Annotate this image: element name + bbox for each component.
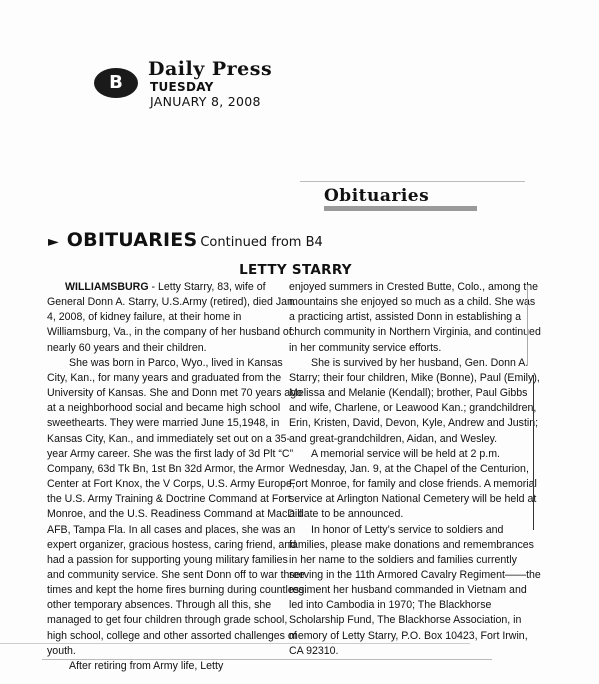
divider <box>42 659 492 660</box>
section-flag-underline <box>324 206 477 211</box>
paragraph: A memorial service will be held at 2 p.m… <box>289 447 541 523</box>
kicker-continued: Continued from B4 <box>200 235 322 250</box>
paragraph: WILLIAMSBURG - Letty Starry, 83, wife of… <box>47 280 305 356</box>
dateline: WILLIAMSBURG <box>65 281 149 293</box>
paragraph: In honor of Letty’s service to soldiers … <box>289 523 541 659</box>
section-flag: Obituaries <box>324 186 429 206</box>
article-column-left: WILLIAMSBURG - Letty Starry, 83, wife of… <box>47 280 305 674</box>
divider <box>300 181 525 182</box>
kicker-title: OBITUARIES <box>67 229 198 251</box>
paragraph: She is survived by her husband, Gen. Don… <box>289 356 541 447</box>
divider <box>0 643 470 644</box>
newspaper-name: Daily Press <box>148 58 272 80</box>
paragraph: She was born in Parco, Wyo., lived in Ka… <box>47 356 305 659</box>
column-rule <box>527 285 528 365</box>
headline-text: LETTY STARRY <box>239 262 352 278</box>
masthead: B Daily Press TUESDAY JANUARY 8, 2008 <box>94 58 324 108</box>
section-b-badge-icon: B <box>94 68 138 98</box>
paragraph: enjoyed summers in Crested Butte, Colo.,… <box>289 280 541 356</box>
article-column-right: enjoyed summers in Crested Butte, Colo.,… <box>289 280 541 659</box>
paragraph: After retiring from Army life, Letty <box>47 659 305 674</box>
publication-date: JANUARY 8, 2008 <box>150 94 261 109</box>
day-of-week: TUESDAY <box>150 80 214 94</box>
article-headline: LETTY STARRY <box>0 262 599 278</box>
section-kicker: ►OBITUARIESContinued from B4 <box>48 229 323 251</box>
arrow-right-icon: ► <box>48 234 59 250</box>
column-rule <box>533 375 534 530</box>
